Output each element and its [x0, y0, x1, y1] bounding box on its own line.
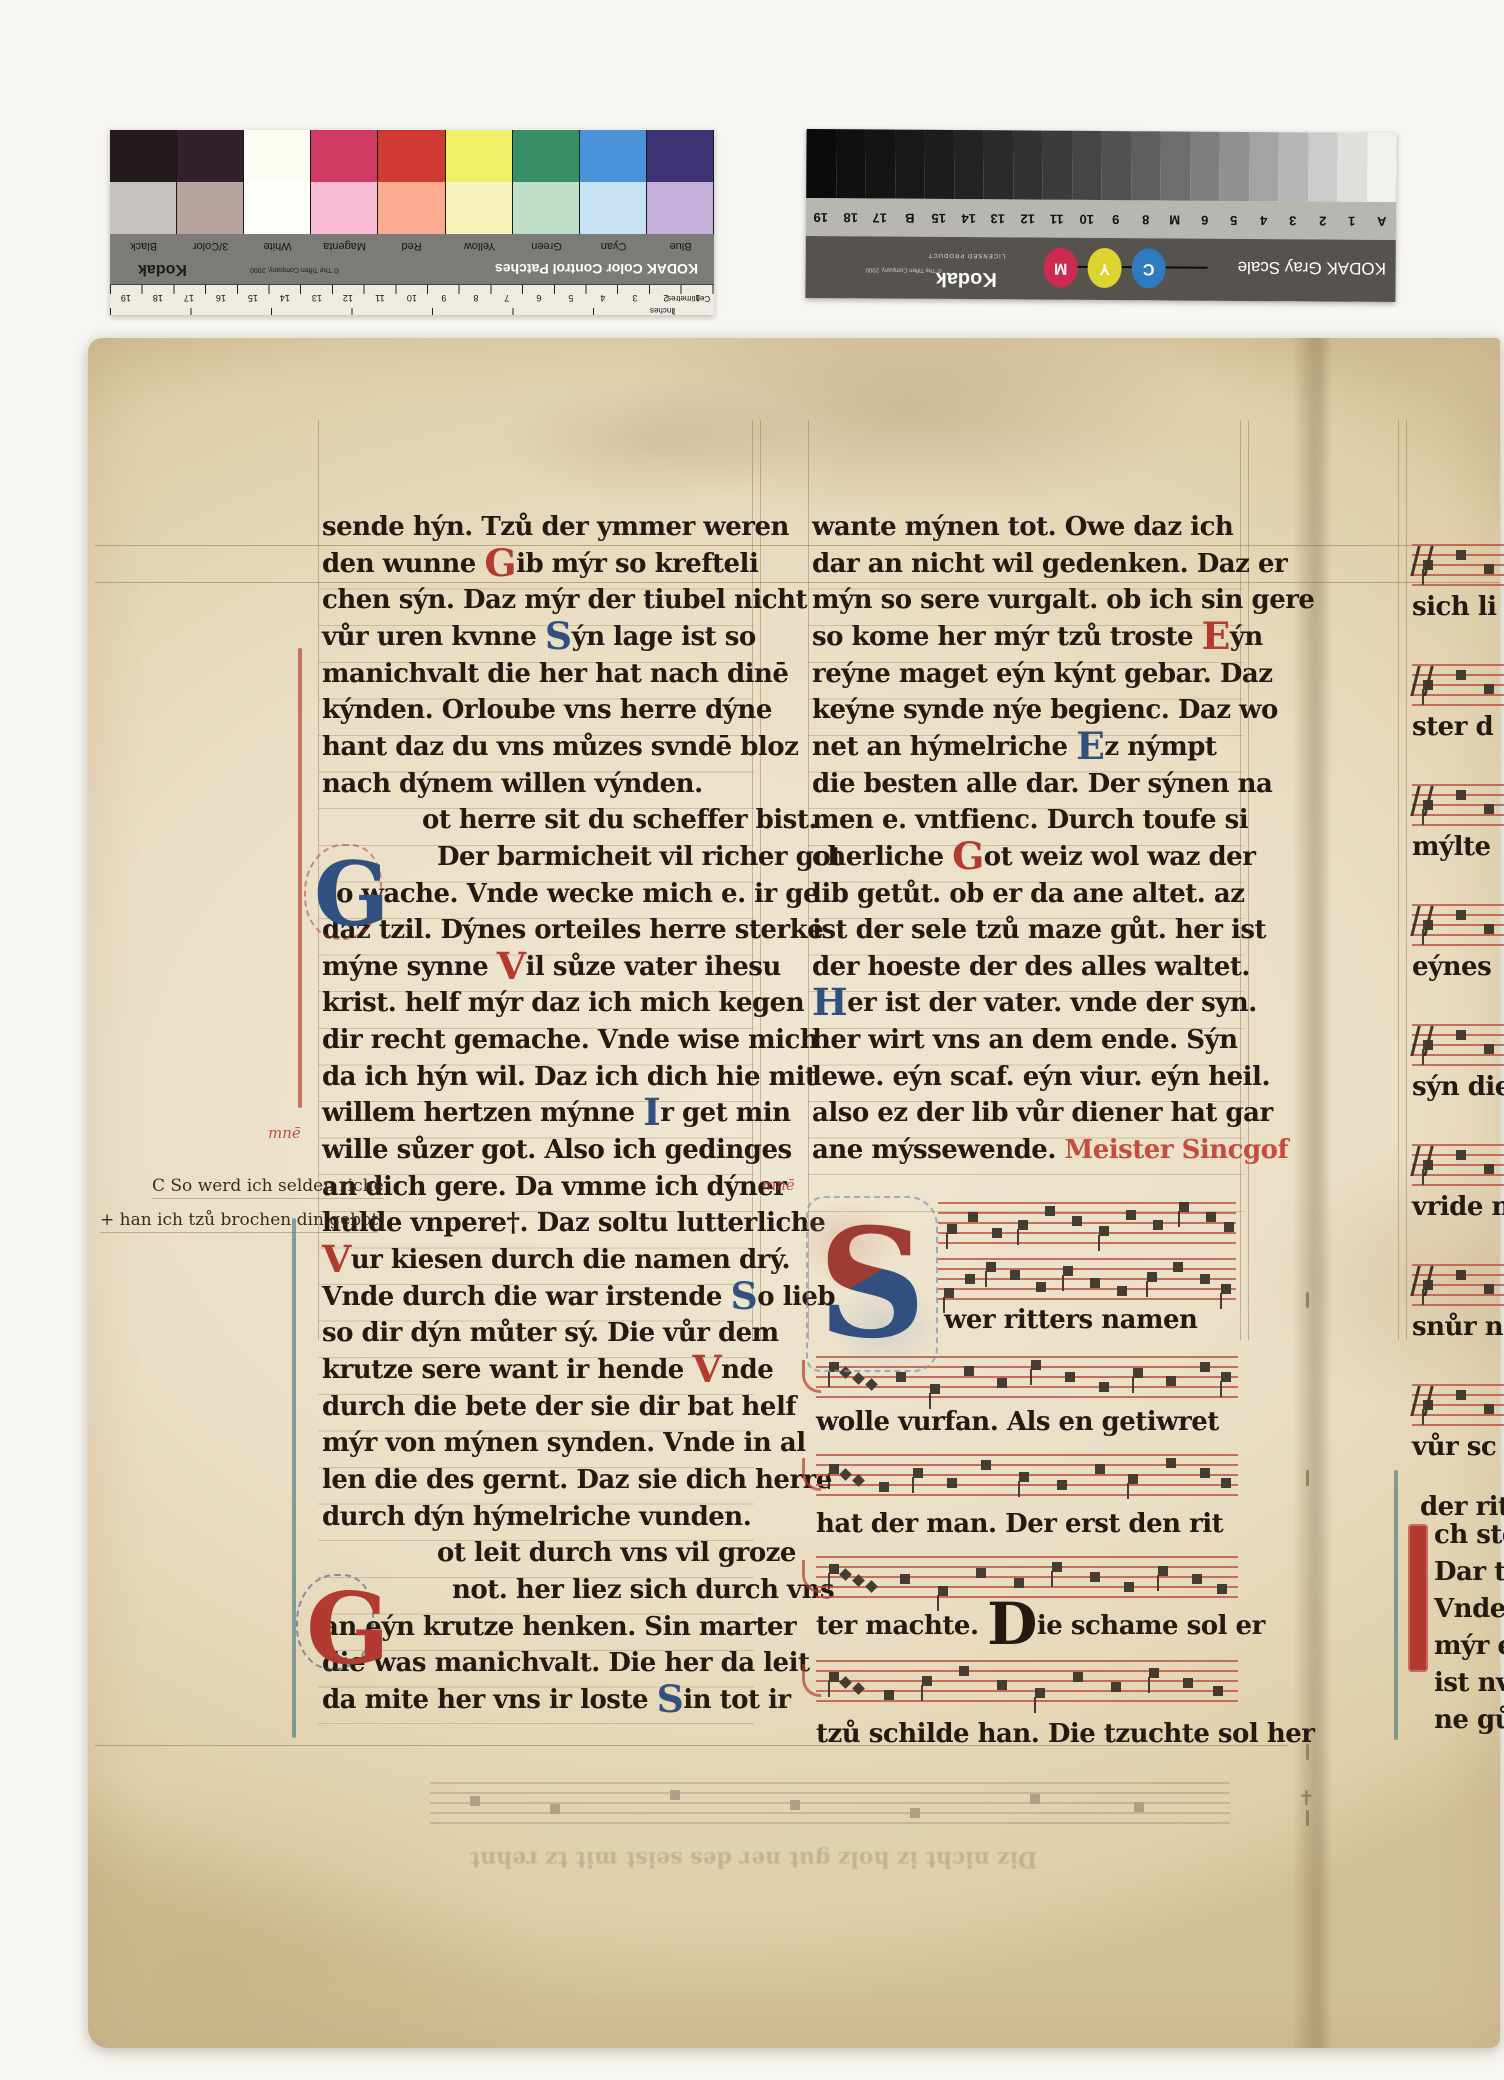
- facing-page-text-fragment: Vnde: [1434, 1594, 1504, 1624]
- song-lyric-line: wer ritters namen: [944, 1302, 1197, 1339]
- right-column-text-line: die besten alle dar. Der sýnen na: [812, 766, 1272, 803]
- neume-note: [865, 1378, 878, 1391]
- binding-stitch: [1306, 1470, 1309, 1486]
- ruling-line-horizontal: [95, 545, 1500, 546]
- neume-note: [930, 1384, 940, 1394]
- right-column-text-line: cherliche Got weiz wol waz der: [812, 839, 1255, 876]
- facing-page-staff-fragment: [1412, 780, 1504, 828]
- margin-annotation: C So werd ich selden riche: [152, 1176, 384, 1199]
- right-column-text-line: also ez der lib vůr diener hat gar: [812, 1095, 1273, 1132]
- right-column-text-line: her wirt vns an dem ende. Sýn: [812, 1022, 1238, 1059]
- facing-page-text-fragment: sýn die: [1412, 1072, 1504, 1102]
- facing-page-text-fragment: sich li: [1412, 592, 1497, 622]
- left-column-text-line: durch die bete der sie dir bat helf: [322, 1389, 796, 1426]
- decorated-initial: D: [987, 1590, 1037, 1658]
- neume-note: [896, 1372, 906, 1382]
- decorated-initial: S: [731, 1274, 758, 1318]
- bleedthrough-text: Diz nicht iz holz gut ner des seist mit …: [470, 1846, 1037, 1872]
- neume-note: [829, 1564, 839, 1574]
- scanned-manuscript-photo: Black3/ColorWhiteMagentaRedYellowGreenCy…: [0, 0, 1504, 2080]
- decorated-initial: E: [1076, 724, 1104, 768]
- left-column-text-line: den wunne Gib mýr so krefteli: [322, 546, 758, 583]
- facing-page-staff-fragment: [1412, 1020, 1504, 1068]
- left-column-text-line: da ich hýn wil. Daz ich dich hie mit: [322, 1059, 816, 1096]
- neume-note: [884, 1690, 894, 1700]
- neume-note: [1010, 1270, 1020, 1280]
- neume-note: [1117, 1286, 1127, 1296]
- right-column-text-line: so kome her mýr tzů troste Eýn: [812, 619, 1263, 656]
- left-column-text-line: hant daz du vns můzes svndē bloz: [322, 729, 798, 766]
- neume-note: [1111, 1682, 1121, 1692]
- left-column-text-line: manichvalt die her hat nach dinē: [322, 656, 788, 693]
- manuscript-overlay: sende hýn. Tzů der ymmer werenden wunne …: [0, 0, 1504, 2080]
- neume-note: [1090, 1278, 1100, 1288]
- right-column-text-line: lib getůt. ob er da ane altet. az: [812, 876, 1245, 913]
- song-lyric-line: tzů schilde han. Die tzuchte sol her: [816, 1716, 1314, 1753]
- right-column-text-line: wante mýnen tot. Owe daz ich: [812, 509, 1233, 546]
- neume-note: [1484, 924, 1494, 934]
- neume-note: [913, 1468, 923, 1478]
- left-column-text-line: mýne synne Vil sůze vater ihesu: [322, 949, 781, 986]
- left-column-text-line: dir recht gemache. Vnde wise mich: [322, 1022, 818, 1059]
- neume-note: [550, 1804, 560, 1814]
- left-column-text-line: an eýn krutze henken. Sin marter: [322, 1609, 796, 1646]
- left-column-text-line: an dich gere. Da vmme ich dýner: [322, 1169, 786, 1206]
- neume-note: [852, 1474, 865, 1487]
- music-staff: [938, 1254, 1236, 1302]
- neume-note: [1124, 1582, 1134, 1592]
- facing-page-text-fragment: mýlte: [1412, 832, 1491, 862]
- neume-note: [1456, 1390, 1466, 1400]
- neume-note: [992, 1228, 1002, 1238]
- neume-note: [1484, 1284, 1494, 1294]
- neume-note: [1090, 1572, 1100, 1582]
- facing-page-staff-fragment: [1412, 1140, 1504, 1188]
- neume-note: [900, 1574, 910, 1584]
- neume-note: [790, 1800, 800, 1810]
- left-column-text-line: wille sůzer got. Also ich gedinges: [322, 1132, 792, 1169]
- left-column-text-line: Der barmicheit vil richer got: [437, 839, 842, 876]
- neume-note: [947, 1478, 957, 1488]
- music-staff: [816, 1656, 1238, 1704]
- facing-page-text-fragment: vride n: [1412, 1192, 1504, 1222]
- neume-note: [1035, 1688, 1045, 1698]
- decorated-initial: V: [497, 944, 526, 988]
- neume-note: [1221, 1284, 1231, 1294]
- neume-note: [976, 1568, 986, 1578]
- margin-annotation: + han ich tzů brochen din gebot: [100, 1210, 378, 1233]
- binding-stitch: [1306, 1292, 1309, 1308]
- neume-note: [1149, 1668, 1159, 1678]
- neume-note: [1095, 1464, 1105, 1474]
- left-column-text-line: so wache. Vnde wecke mich e. ir ge: [322, 876, 819, 913]
- right-column-text-line: Her ist der vater. vnde der syn.: [812, 985, 1257, 1022]
- facing-page-text-fragment: Dar tz: [1434, 1557, 1504, 1587]
- red-corrector-mark: mnē: [762, 1176, 795, 1194]
- left-column-text-line: die was manichvalt. Die her da leit: [322, 1645, 809, 1682]
- neume-note: [1484, 1404, 1494, 1414]
- right-column-text-line: reýne maget eýn kýnt gebar. Daz: [812, 656, 1273, 693]
- neume-note: [964, 1366, 974, 1376]
- neume-note: [1065, 1372, 1075, 1382]
- neume-note: [1099, 1382, 1109, 1392]
- left-column-text-line: mýr von mýnen synden. Vnde in al: [322, 1425, 806, 1462]
- neume-note: [1134, 1802, 1144, 1812]
- facing-page-staff-fragment: [1412, 900, 1504, 948]
- neume-note: [1128, 1474, 1138, 1484]
- right-column-text-line: keýne synde nýe begienc. Daz wo: [812, 692, 1278, 729]
- neume-note: [910, 1808, 920, 1818]
- song-lyric-line: wolle vurfan. Als en getiwret: [816, 1404, 1219, 1441]
- left-column-text-line: krist. helf mýr daz ich mich kegen: [322, 985, 804, 1022]
- neume-note: [1456, 550, 1466, 560]
- music-staff: [938, 1198, 1236, 1246]
- staff-flourish: [802, 1664, 821, 1697]
- decorated-initial: I: [643, 1090, 660, 1134]
- neume-note: [1014, 1578, 1024, 1588]
- left-column-text-line: Vur kiesen durch die namen drý.: [322, 1242, 790, 1279]
- neume-note: [852, 1372, 865, 1385]
- right-column-text-line: net an hýmelriche Ez nýmpt: [812, 729, 1216, 766]
- right-column-text-line: men e. vntfienc. Durch toufe si: [812, 802, 1248, 839]
- neume-note: [1217, 1584, 1227, 1594]
- decorated-initial: S: [545, 614, 572, 658]
- neume-note: [1052, 1562, 1062, 1572]
- facing-page-text-fragment: ster d: [1412, 712, 1493, 742]
- music-staff: [816, 1450, 1238, 1498]
- decorated-initial: G: [952, 834, 984, 878]
- right-column-text-line: der hoeste der des alles waltet.: [812, 949, 1250, 986]
- neume-note: [1484, 684, 1494, 694]
- neume-note: [1484, 564, 1494, 574]
- neume-note: [829, 1672, 839, 1682]
- neume-note: [968, 1212, 978, 1222]
- left-column-text-line: willem hertzen mýnne Ir get min: [322, 1095, 791, 1132]
- left-column-text-line: vůr uren kvnne Sýn lage ist so: [322, 619, 756, 656]
- rubric-meister-sincgof: Meister Sincgof: [1064, 1135, 1288, 1165]
- left-column-text-line: daz tzil. Dýnes orteiles herre sterke: [322, 912, 823, 949]
- neume-note: [1179, 1202, 1189, 1212]
- facing-page-text-fragment: mýr e: [1434, 1631, 1504, 1661]
- illuminated-initial-i: [1408, 1524, 1428, 1672]
- neume-note: [1072, 1216, 1082, 1226]
- neume-note: [1192, 1574, 1202, 1584]
- neume-note: [839, 1468, 852, 1481]
- decorated-initial: H: [812, 980, 847, 1024]
- illuminated-initial-g: G: [314, 842, 389, 946]
- neume-note: [1073, 1672, 1083, 1682]
- blue-pen-flourish: [1394, 1470, 1398, 1740]
- facing-page-text-fragment: ch ste: [1434, 1520, 1504, 1550]
- neume-note: [944, 1288, 954, 1298]
- neume-note: [1213, 1686, 1223, 1696]
- neume-note: [1031, 1360, 1041, 1370]
- facing-page-text-fragment: eýnes: [1412, 952, 1491, 982]
- neume-note: [1063, 1266, 1073, 1276]
- left-column-text-line: da mite her vns ir loste Sin tot ir: [322, 1682, 791, 1719]
- neume-note: [670, 1790, 680, 1800]
- illuminated-initial-s: S: [806, 1196, 938, 1372]
- illuminated-initial-g: G: [306, 1572, 390, 1687]
- neume-note: [1224, 1222, 1234, 1232]
- neume-note: [829, 1464, 839, 1474]
- neume-note: [1456, 670, 1466, 680]
- neume-note: [922, 1676, 932, 1686]
- neume-note: [938, 1586, 948, 1596]
- facing-page-text-fragment: der rit: [1420, 1492, 1504, 1522]
- neume-note: [1200, 1468, 1210, 1478]
- neume-note: [1099, 1226, 1109, 1236]
- neume-note: [1173, 1262, 1183, 1272]
- neume-note: [1221, 1372, 1231, 1382]
- neume-note: [1166, 1458, 1176, 1468]
- ruling-line-vertical: [1398, 420, 1399, 1340]
- neume-note: [1484, 804, 1494, 814]
- neume-note: [1456, 790, 1466, 800]
- left-column-text-line: krutze sere want ir hende Vnde: [322, 1352, 773, 1389]
- left-column-text-line: nach dýnem willen výnden.: [322, 766, 703, 803]
- neume-note: [986, 1262, 996, 1272]
- neume-note: [1484, 1164, 1494, 1174]
- decorated-initial: E: [1202, 614, 1230, 658]
- binding-stitch: [1306, 1810, 1309, 1826]
- facing-page-staff-fragment: [1412, 540, 1504, 588]
- left-column-text-line: ot herre sit du scheffer bist.: [422, 802, 817, 839]
- decorated-initial: S: [657, 1677, 684, 1721]
- neume-note: [1153, 1220, 1163, 1230]
- right-column-text-line: ist der sele tzů maze gůt. her ist: [812, 912, 1266, 949]
- blue-pen-flourish: [292, 1218, 296, 1738]
- neume-note: [947, 1224, 957, 1234]
- left-column-text-line: not. her liez sich durch vns: [452, 1572, 834, 1609]
- neume-note: [981, 1460, 991, 1470]
- right-column-text-line: lewe. eýn scaf. eýn viur. eýn heil.: [812, 1059, 1270, 1096]
- neume-note: [1221, 1478, 1231, 1488]
- decorated-initial: V: [692, 1347, 721, 1391]
- song-lyric-line: ter machte. Die schame sol er: [816, 1608, 1265, 1645]
- left-column-text-line: ot leit durch vns vil groze: [437, 1535, 796, 1572]
- neume-note: [1183, 1678, 1193, 1688]
- neume-note: [1456, 1270, 1466, 1280]
- right-column-text-line: ane mýssewende. Meister Sincgof: [812, 1132, 1288, 1169]
- neume-note: [1484, 1044, 1494, 1054]
- neume-note: [1126, 1210, 1136, 1220]
- neume-note: [959, 1666, 969, 1676]
- bleedthrough-staff: [430, 1778, 1230, 1826]
- neume-note: [1133, 1368, 1143, 1378]
- left-column-text-line: sende hýn. Tzů der ymmer weren: [322, 509, 789, 546]
- facing-page-staff-fragment: [1412, 660, 1504, 708]
- facing-page-text-fragment: ne gůn: [1434, 1705, 1504, 1735]
- neume-note: [1456, 1030, 1466, 1040]
- neume-note: [1206, 1212, 1216, 1222]
- neume-note: [1045, 1206, 1055, 1216]
- neume-note: [1019, 1472, 1029, 1482]
- neume-note: [997, 1680, 1007, 1690]
- neume-note: [1036, 1282, 1046, 1292]
- neume-note: [1147, 1272, 1157, 1282]
- neume-note: [1018, 1220, 1028, 1230]
- neume-note: [839, 1676, 852, 1689]
- decorated-initial: V: [322, 1237, 351, 1281]
- facing-page-staff-fragment: [1412, 1380, 1504, 1428]
- neume-note: [879, 1482, 889, 1492]
- neume-note: [1166, 1376, 1176, 1386]
- neume-note: [997, 1378, 1007, 1388]
- left-column-text-line: hulde vnpere†. Daz soltu lutterliche: [322, 1205, 825, 1242]
- red-pen-flourish: [298, 648, 302, 1108]
- neume-note: [1030, 1794, 1040, 1804]
- neume-note: [852, 1574, 865, 1587]
- neume-note: [965, 1274, 975, 1284]
- left-column-text-line: kýnden. Orloube vns herre dýne: [322, 692, 772, 729]
- left-column-text-line: len die des gernt. Daz sie dich herre: [322, 1462, 832, 1499]
- left-column-text-line: Vnde durch die war irstende So lieb: [322, 1279, 835, 1316]
- song-lyric-line: hat der man. Der erst den rit: [816, 1506, 1223, 1543]
- facing-page-staff-fragment: [1412, 1260, 1504, 1308]
- neume-note: [1200, 1362, 1210, 1372]
- neume-note: [852, 1682, 865, 1695]
- red-corrector-mark: mnē: [268, 1124, 301, 1142]
- neume-note: [839, 1568, 852, 1581]
- neume-note: [1057, 1480, 1067, 1490]
- facing-page-text-fragment: ist nv h: [1434, 1668, 1504, 1698]
- right-column-text-line: mýn so sere vurgalt. ob ich sin gere: [812, 582, 1314, 619]
- neume-note: [1456, 910, 1466, 920]
- neume-note: [1158, 1566, 1168, 1576]
- right-column-text-line: dar an nicht wil gedenken. Daz er: [812, 546, 1287, 583]
- ruling-line-vertical: [1406, 420, 1407, 1340]
- facing-page-text-fragment: snůr n: [1412, 1312, 1503, 1342]
- facing-page-text-fragment: vůr sc: [1412, 1432, 1496, 1462]
- decorated-initial: G: [484, 541, 516, 585]
- neume-note: [1456, 1150, 1466, 1160]
- neume-note: [865, 1580, 878, 1593]
- left-column-text-line: durch dýn hýmelriche vunden.: [322, 1499, 751, 1536]
- neume-note: [470, 1796, 480, 1806]
- neume-note: [1200, 1274, 1210, 1284]
- cross-mark: ✝: [1298, 1786, 1315, 1811]
